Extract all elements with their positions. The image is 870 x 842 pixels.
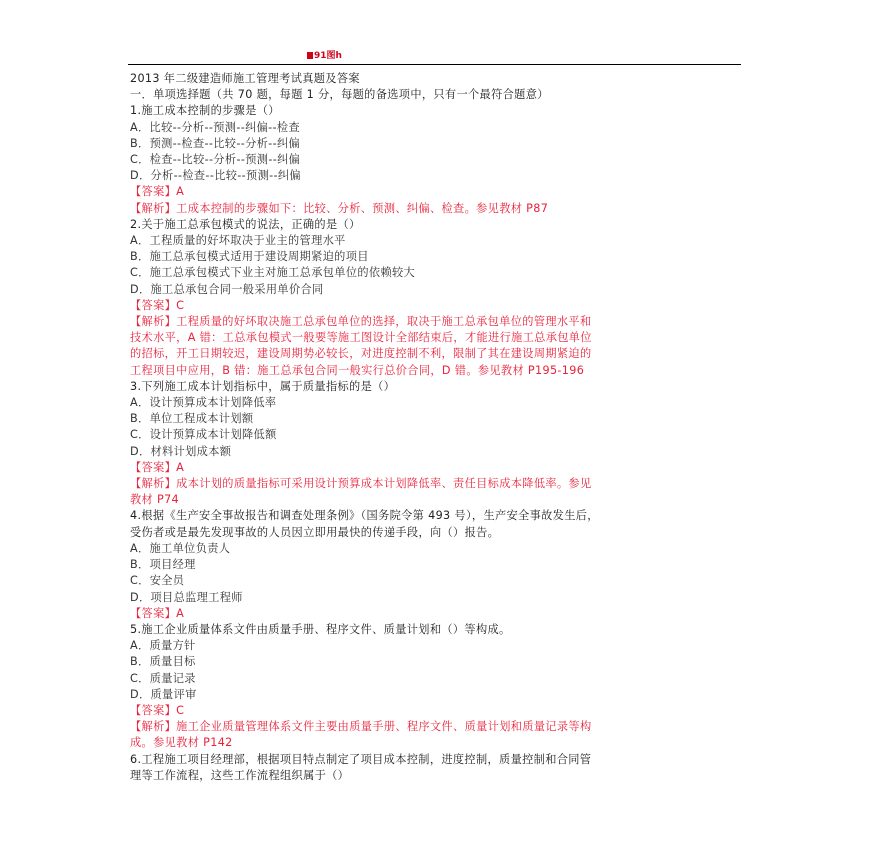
analysis-text: 【解析】施工企业质量管理体系文件主要由质量手册、程序文件、质量计划和质量记录等构 [130,719,750,735]
question-list: 1.施工成本控制的步骤是（）A．比较--分析--预测--纠偏--检查B．预测--… [130,103,750,784]
analysis-text: 工程项目中应用，B 错：施工总承包合同一般实行总价合同，D 错。参见教材 P19… [130,363,750,379]
analysis-text: 教材 P74 [130,492,750,508]
header-mark-text: 91图h [314,51,342,61]
answer-label: 【答案】C [130,703,750,719]
answer-label: 【答案】A [130,184,750,200]
option-b: B．预测--检查--比较--分析--纠偏 [130,136,750,152]
document-page: 91图h 2013 年二级建造师施工管理考试真题及答案 一．单项选择题（共 70… [0,0,870,842]
document-title: 2013 年二级建造师施工管理考试真题及答案 [130,71,750,87]
option-c: C．设计预算成本计划降低额 [130,427,750,443]
option-c: C．安全员 [130,573,750,589]
question-stem: 2.关于施工总承包模式的说法，正确的是（） [130,217,750,233]
header-watermark: 91图h [307,51,342,61]
question-stem: 受伤者或是最先发现事故的人员因立即用最快的传递手段，向（）报告。 [130,525,750,541]
question-5: 5.施工企业质量体系文件由质量手册、程序文件、质量计划和（）等构成。A．质量方针… [130,622,750,752]
analysis-text: 【解析】成本计划的质量指标可采用设计预算成本计划降低率、责任目标成本降低率。参见 [130,476,750,492]
watermark-logo-icon [307,52,313,59]
option-c: C．质量记录 [130,671,750,687]
option-a: A．设计预算成本计划降低率 [130,395,750,411]
option-b: B．施工总承包模式适用于建设周期紧迫的项目 [130,249,750,265]
question-2: 2.关于施工总承包模式的说法，正确的是（）A．工程质量的好坏取决于业主的管理水平… [130,217,750,379]
analysis-text: 技术水平，A 错：工总承包模式一般要等施工图设计全部结束后，才能进行施工总承包单… [130,330,750,346]
option-d: D．施工总承包合同一般采用单价合同 [130,282,750,298]
option-d: D．项目总监理工程师 [130,590,750,606]
option-a: A．质量方针 [130,638,750,654]
question-stem: 1.施工成本控制的步骤是（） [130,103,750,119]
question-3: 3.下列施工成本计划指标中，属于质量指标的是（）A．设计预算成本计划降低率B．单… [130,379,750,509]
question-6: 6.工程施工项目经理部，根据项目特点制定了项目成本控制，进度控制，质量控制和合同… [130,752,750,784]
analysis-text: 成。参见教材 P142 [130,735,750,751]
answer-label: 【答案】A [130,460,750,476]
question-1: 1.施工成本控制的步骤是（）A．比较--分析--预测--纠偏--检查B．预测--… [130,103,750,216]
answer-label: 【答案】C [130,298,750,314]
option-a: A．工程质量的好坏取决于业主的管理水平 [130,233,750,249]
option-b: B．项目经理 [130,557,750,573]
header-rule [128,64,741,65]
option-c: C．检查--比较--分析--预测--纠偏 [130,152,750,168]
analysis-text: 的招标，开工日期较迟，建设周期势必较长，对进度控制不利，限制了其在建设周期紧迫的 [130,346,750,362]
question-stem: 理等工作流程，这些工作流程组织属于（） [130,768,750,784]
option-b: B．质量目标 [130,654,750,670]
option-a: A．施工单位负责人 [130,541,750,557]
question-stem: 4.根据《生产安全事故报告和调查处理条例》（国务院令第 493 号），生产安全事… [130,508,750,524]
option-d: D．质量评审 [130,687,750,703]
option-b: B．单位工程成本计划额 [130,411,750,427]
option-a: A．比较--分析--预测--纠偏--检查 [130,120,750,136]
question-stem: 6.工程施工项目经理部，根据项目特点制定了项目成本控制，进度控制，质量控制和合同… [130,752,750,768]
question-stem: 5.施工企业质量体系文件由质量手册、程序文件、质量计划和（）等构成。 [130,622,750,638]
question-4: 4.根据《生产安全事故报告和调查处理条例》（国务院令第 493 号），生产安全事… [130,508,750,621]
answer-label: 【答案】A [130,606,750,622]
section-heading: 一．单项选择题（共 70 题，每题 1 分，每题的备选项中，只有一个最符合题意） [130,87,750,103]
analysis-text: 【解析】工程质量的好坏取决施工总承包单位的选择，取决于施工总承包单位的管理水平和 [130,314,750,330]
analysis-text: 【解析】工成本控制的步骤如下：比较、分析、预测、纠偏、检查。参见教材 P87 [130,201,750,217]
question-stem: 3.下列施工成本计划指标中，属于质量指标的是（） [130,379,750,395]
option-c: C．施工总承包模式下业主对施工总承包单位的依赖较大 [130,265,750,281]
option-d: D．材料计划成本额 [130,444,750,460]
document-body: 2013 年二级建造师施工管理考试真题及答案 一．单项选择题（共 70 题，每题… [130,71,750,784]
option-d: D．分析--检查--比较--预测--纠偏 [130,168,750,184]
